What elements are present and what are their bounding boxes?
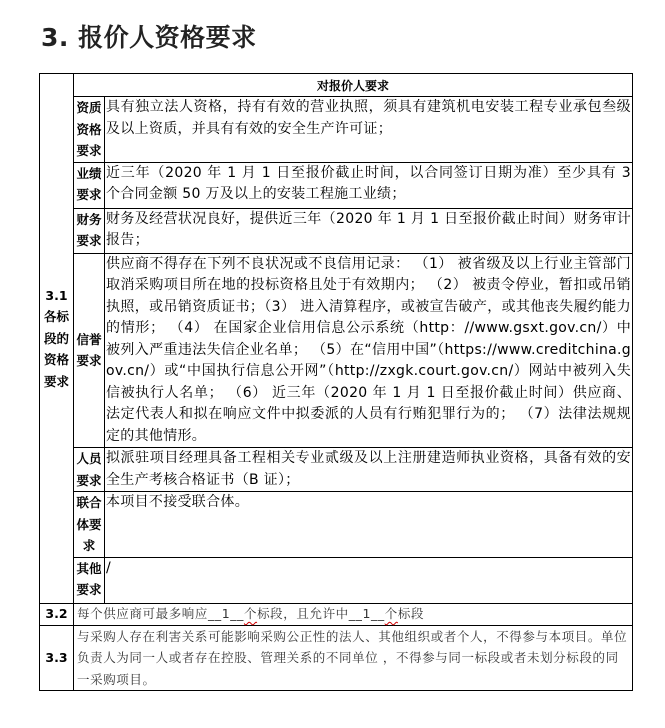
section-3-1-cell: 3.1 各标段的资格要求 xyxy=(40,74,74,604)
section-3-1-label: 各标段的资格要求 xyxy=(40,306,73,392)
row-text-other: / xyxy=(105,557,633,603)
requirements-table: 3.1 各标段的资格要求 对报价人要求 资质资格要求 具有独立法人资格，持有有效… xyxy=(39,73,633,691)
row-label-qualification: 资质资格要求 xyxy=(74,97,105,163)
spellcheck-underline: 个 xyxy=(385,606,398,621)
table-row-3-2: 3.2 每个供应商可最多响应__1__个标段，且允许中__1__个标段 xyxy=(40,603,633,625)
row-text-qualification: 具有独立法人资格，持有有效的营业执照，须具有建筑机电安装工程专业承包叁级及以上资… xyxy=(105,97,633,163)
row-label-personnel: 人员要求 xyxy=(74,448,105,492)
row-label-finance: 财务要求 xyxy=(74,208,105,253)
section-title: 3. 报价人资格要求 xyxy=(41,18,257,54)
table-row: 联合体要求 本项目不接受联合体。 xyxy=(40,492,633,558)
section-3-2-number: 3.2 xyxy=(40,603,74,625)
row-label-consortium: 联合体要求 xyxy=(74,492,105,558)
section-3-1-number: 3.1 xyxy=(40,285,73,307)
table-header-row: 3.1 各标段的资格要求 对报价人要求 xyxy=(40,74,633,97)
row-text-credit: 供应商不得存在下列不良状况或不良信用记录： （1） 被省级及以上行业主管部门取消… xyxy=(105,253,633,448)
table-row: 资质资格要求 具有独立法人资格，持有有效的营业执照，须具有建筑机电安装工程专业承… xyxy=(40,97,633,163)
row-text-personnel: 拟派驻项目经理具备工程相关专业贰级及以上注册建造师执业资格，具备有效的安全生产考… xyxy=(105,448,633,492)
row-label-performance: 业绩要求 xyxy=(74,162,105,208)
row-label-credit: 信誉要求 xyxy=(74,253,105,448)
table-row: 人员要求 拟派驻项目经理具备工程相关专业贰级及以上注册建造师执业资格，具备有效的… xyxy=(40,448,633,492)
row-text-finance: 财务及经营状况良好，提供近三年（2020 年 1 月 1 日至报价截止时间）财务… xyxy=(105,208,633,253)
table-row: 业绩要求 近三年（2020 年 1 月 1 日至报价截止时间，以合同签订日期为准… xyxy=(40,162,633,208)
row-text-performance: 近三年（2020 年 1 月 1 日至报价截止时间，以合同签订日期为准）至少具有… xyxy=(105,162,633,208)
spellcheck-underline: 个 xyxy=(244,606,257,621)
table-row-3-3: 3.3 与采购人存在利害关系可能影响采购公正性的法人、其他组织或者个人，不得参与… xyxy=(40,625,633,691)
table-header: 对报价人要求 xyxy=(74,74,633,97)
row-text-consortium: 本项目不接受联合体。 xyxy=(105,492,633,558)
table-row: 财务要求 财务及经营状况良好，提供近三年（2020 年 1 月 1 日至报价截止… xyxy=(40,208,633,253)
row-label-other: 其他要求 xyxy=(74,557,105,603)
table-row: 其他要求 / xyxy=(40,557,633,603)
section-3-3-number: 3.3 xyxy=(40,625,74,691)
section-3-2-text: 每个供应商可最多响应__1__个标段，且允许中__1__个标段 xyxy=(74,603,633,625)
table-row: 信誉要求 供应商不得存在下列不良状况或不良信用记录： （1） 被省级及以上行业主… xyxy=(40,253,633,448)
section-3-3-text: 与采购人存在利害关系可能影响采购公正性的法人、其他组织或者个人，不得参与本项目。… xyxy=(74,625,633,691)
